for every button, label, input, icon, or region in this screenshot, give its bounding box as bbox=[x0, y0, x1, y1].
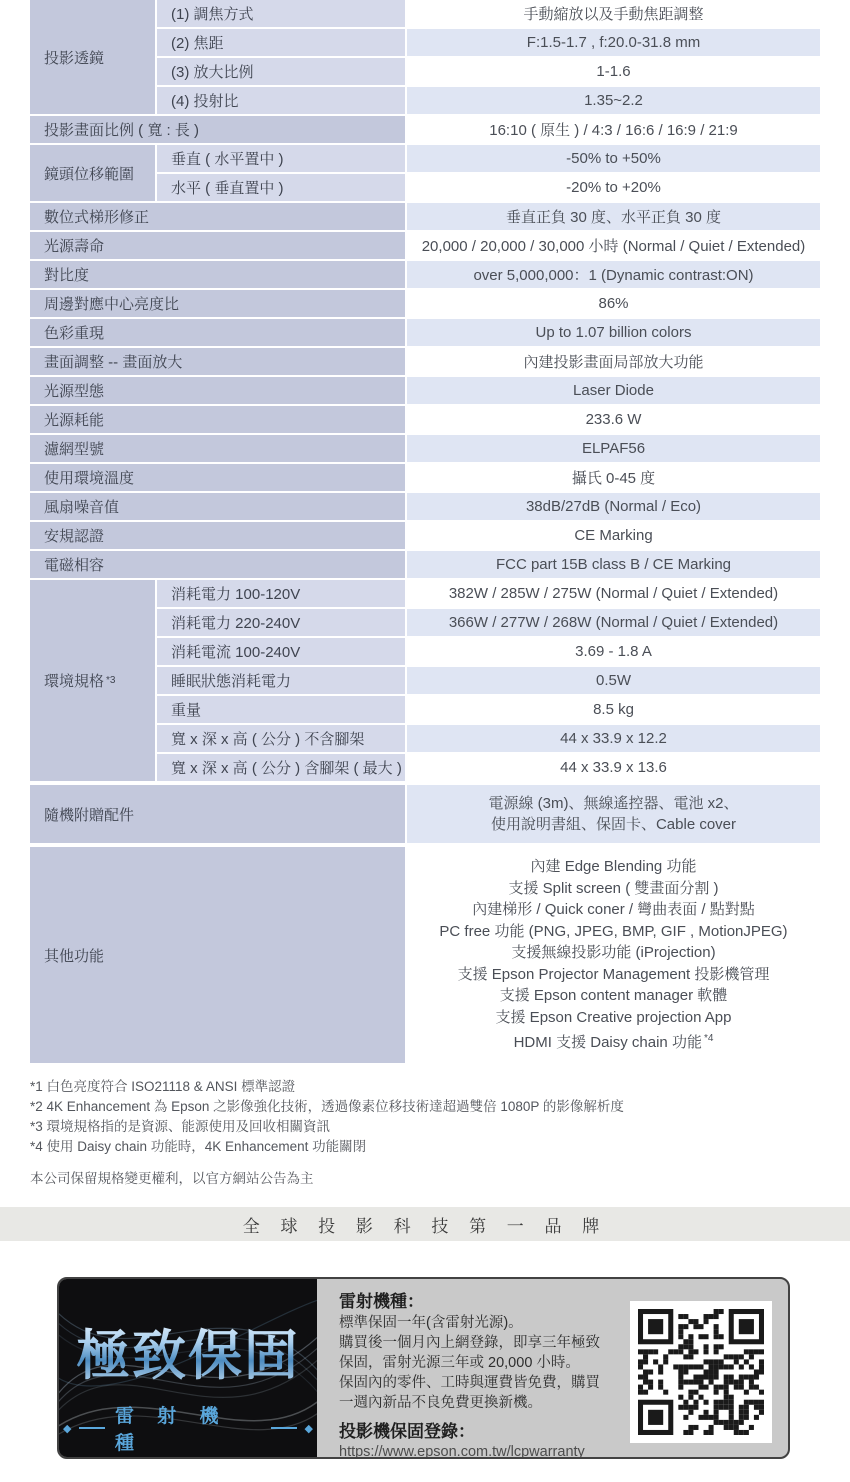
spec-row-label: 畫面調整 -- 畫面放大 bbox=[30, 348, 405, 375]
diamond-icon: ◆ bbox=[305, 1422, 313, 1435]
dash-line bbox=[79, 1427, 105, 1429]
spec-row-value: 44 x 33.9 x 13.6 bbox=[407, 754, 820, 781]
spec-row-label: 安規認證 bbox=[30, 522, 405, 549]
spec-rows: 內建投影畫面局部放大功能 bbox=[407, 348, 820, 375]
spec-row: 垂直正負 30 度、水平正負 30 度 bbox=[407, 203, 820, 230]
spec-row-value: 0.5W bbox=[407, 667, 820, 694]
spec-value-line: 內建梯形 / Quick coner / 彎曲表面 / 點對點 bbox=[472, 899, 755, 921]
spec-row-sublabel: 寬 x 深 x 高 ( 公分 ) 含腳架 ( 最大 ) bbox=[157, 754, 405, 781]
spec-section: 周邊對應中心亮度比86% bbox=[30, 290, 820, 317]
spec-row: (3) 放大比例1-1.6 bbox=[157, 58, 820, 85]
spec-row-sublabel: 寬 x 深 x 高 ( 公分 ) 不含腳架 bbox=[157, 725, 405, 752]
spec-rows: over 5,000,000：1 (Dynamic contrast:ON) bbox=[407, 261, 820, 288]
spec-row-label: 投影透鏡 bbox=[30, 0, 155, 114]
spec-row-value: 3.69 - 1.8 A bbox=[407, 638, 820, 665]
spec-row-label: 濾網型號 bbox=[30, 435, 405, 462]
spec-row-label: 數位式梯形修正 bbox=[30, 203, 405, 230]
warranty-body: 標準保固一年(含雷射光源)。購買後一個月內上網登錄，即享三年極致保固，雷射光源三… bbox=[339, 1313, 649, 1413]
spec-row: 垂直 ( 水平置中 )-50% to +50% bbox=[157, 145, 820, 172]
spec-rows: CE Marking bbox=[407, 522, 820, 549]
spec-row: 電源線 (3m)、無線遙控器、電池 x2、使用說明書組、保固卡、Cable co… bbox=[407, 785, 820, 843]
spec-rows: 電源線 (3m)、無線遙控器、電池 x2、使用說明書組、保固卡、Cable co… bbox=[407, 785, 820, 843]
spec-value-line: 支援無線投影功能 (iProjection) bbox=[511, 942, 715, 964]
warranty-body-line: 標準保固一年(含雷射光源)。 bbox=[339, 1313, 649, 1333]
spec-rows: 消耗電力 100-120V382W / 285W / 275W (Normal … bbox=[157, 580, 820, 781]
spec-section: 投影透鏡(1) 調焦方式手動縮放以及手動焦距調整(2) 焦距F:1.5-1.7 … bbox=[30, 0, 820, 114]
footnote-line: *2 4K Enhancement 為 Epson 之影像強化技術，透過像素位移… bbox=[30, 1097, 850, 1117]
spec-row-value: 內建投影畫面局部放大功能 bbox=[407, 348, 820, 375]
spec-row-value: 38dB/27dB (Normal / Eco) bbox=[407, 493, 820, 520]
spec-row-label: 光源耗能 bbox=[30, 406, 405, 433]
spec-section: 使用環境溫度攝氏 0-45 度 bbox=[30, 464, 820, 491]
spec-row: (4) 投射比1.35~2.2 bbox=[157, 87, 820, 114]
spec-row-label: 光源型態 bbox=[30, 377, 405, 404]
spec-section: 風扇噪音值38dB/27dB (Normal / Eco) bbox=[30, 493, 820, 520]
spec-row-label: 隨機附贈配件 bbox=[30, 785, 405, 843]
spec-row-value: 電源線 (3m)、無線遙控器、電池 x2、使用說明書組、保固卡、Cable co… bbox=[407, 785, 820, 843]
spec-row-sublabel: 垂直 ( 水平置中 ) bbox=[157, 145, 405, 172]
spec-change-statement: 本公司保留規格變更權利，以官方網站公告為主 bbox=[30, 1169, 850, 1189]
spec-value-line: 使用說明書組、保固卡、Cable cover bbox=[491, 814, 736, 836]
spec-row-label: 對比度 bbox=[30, 261, 405, 288]
spec-row: Laser Diode bbox=[407, 377, 820, 404]
spec-row-label: 風扇噪音值 bbox=[30, 493, 405, 520]
diamond-icon: ◆ bbox=[63, 1422, 71, 1435]
spec-rows: (1) 調焦方式手動縮放以及手動焦距調整(2) 焦距F:1.5-1.7 , f:… bbox=[157, 0, 820, 114]
warranty-text-panel: 雷射機種： 標準保固一年(含雷射光源)。購買後一個月內上網登錄，即享三年極致保固… bbox=[317, 1279, 788, 1457]
spec-section: 其他功能內建 Edge Blending 功能支援 Split screen (… bbox=[30, 847, 820, 1063]
spec-row: 38dB/27dB (Normal / Eco) bbox=[407, 493, 820, 520]
spec-row-label: 周邊對應中心亮度比 bbox=[30, 290, 405, 317]
spec-row-value: ELPAF56 bbox=[407, 435, 820, 462]
spec-row: (2) 焦距F:1.5-1.7 , f:20.0-31.8 mm bbox=[157, 29, 820, 56]
spec-row: 86% bbox=[407, 290, 820, 317]
spec-row-label: 光源壽命 bbox=[30, 232, 405, 259]
warranty-body-line: 保固，雷射光源三年或 20,000 小時。 bbox=[339, 1353, 649, 1373]
spec-row: 內建 Edge Blending 功能支援 Split screen ( 雙畫面… bbox=[407, 847, 820, 1063]
spec-row-label: 其他功能 bbox=[30, 847, 405, 1063]
spec-row: over 5,000,000：1 (Dynamic contrast:ON) bbox=[407, 261, 820, 288]
spec-row-value: Laser Diode bbox=[407, 377, 820, 404]
spec-row: 消耗電力 220-240V366W / 277W / 268W (Normal … bbox=[157, 609, 820, 636]
spec-row-value: 手動縮放以及手動焦距調整 bbox=[407, 0, 820, 27]
spec-row-value: over 5,000,000：1 (Dynamic contrast:ON) bbox=[407, 261, 820, 288]
spec-section: 環境規格*3消耗電力 100-120V382W / 285W / 275W (N… bbox=[30, 580, 820, 781]
spec-row-value: 內建 Edge Blending 功能支援 Split screen ( 雙畫面… bbox=[407, 847, 820, 1063]
spec-row: ELPAF56 bbox=[407, 435, 820, 462]
warranty-badge-subtitle: ◆ 雷 射 機 種 ◆ bbox=[59, 1401, 317, 1455]
warranty-qr-code bbox=[630, 1301, 772, 1443]
spec-row-value: 16:10 ( 原生 ) / 4:3 / 16:6 / 16:9 / 21:9 bbox=[407, 116, 820, 143]
spec-row-value: 8.5 kg bbox=[407, 696, 820, 723]
spec-value-line: 電源線 (3m)、無線遙控器、電池 x2、 bbox=[488, 793, 738, 815]
spec-row: 睡眠狀態消耗電力0.5W bbox=[157, 667, 820, 694]
spec-section: 鏡頭位移範圍垂直 ( 水平置中 )-50% to +50%水平 ( 垂直置中 )… bbox=[30, 145, 820, 201]
spec-row-value: F:1.5-1.7 , f:20.0-31.8 mm bbox=[407, 29, 820, 56]
spec-rows: ELPAF56 bbox=[407, 435, 820, 462]
spec-row-sublabel: 睡眠狀態消耗電力 bbox=[157, 667, 405, 694]
spec-row: (1) 調焦方式手動縮放以及手動焦距調整 bbox=[157, 0, 820, 27]
spec-row: FCC part 15B class B / CE Marking bbox=[407, 551, 820, 578]
spec-row: 233.6 W bbox=[407, 406, 820, 433]
spec-row-value: 攝氏 0-45 度 bbox=[407, 464, 820, 491]
spec-section: 濾網型號ELPAF56 bbox=[30, 435, 820, 462]
spec-row: 水平 ( 垂直置中 )-20% to +20% bbox=[157, 174, 820, 201]
spec-row-value: 垂直正負 30 度、水平正負 30 度 bbox=[407, 203, 820, 230]
spec-row: CE Marking bbox=[407, 522, 820, 549]
dash-line bbox=[271, 1427, 297, 1429]
spec-rows: 垂直正負 30 度、水平正負 30 度 bbox=[407, 203, 820, 230]
spec-row: 內建投影畫面局部放大功能 bbox=[407, 348, 820, 375]
spec-row-value: -50% to +50% bbox=[407, 145, 820, 172]
warranty-body-line: 保固內的零件、工時與運費皆免費，購買 bbox=[339, 1373, 649, 1393]
spec-table: 投影透鏡(1) 調焦方式手動縮放以及手動焦距調整(2) 焦距F:1.5-1.7 … bbox=[30, 0, 820, 1063]
spec-value-line: PC free 功能 (PNG, JPEG, BMP, GIF , Motion… bbox=[439, 921, 787, 943]
spec-row-label: 環境規格*3 bbox=[30, 580, 155, 781]
brand-banner-text: 全 球 投 影 科 技 第 一 品 牌 bbox=[243, 1212, 608, 1237]
spec-value-line: 支援 Epson Creative projection App bbox=[496, 1007, 732, 1029]
spec-rows: 38dB/27dB (Normal / Eco) bbox=[407, 493, 820, 520]
spec-row-label: 電磁相容 bbox=[30, 551, 405, 578]
spec-rows: 233.6 W bbox=[407, 406, 820, 433]
spec-section: 數位式梯形修正垂直正負 30 度、水平正負 30 度 bbox=[30, 203, 820, 230]
spec-sheet-page: 投影透鏡(1) 調焦方式手動縮放以及手動焦距調整(2) 焦距F:1.5-1.7 … bbox=[0, 0, 850, 1482]
spec-row-value: FCC part 15B class B / CE Marking bbox=[407, 551, 820, 578]
spec-row: 20,000 / 20,000 / 30,000 小時 (Normal / Qu… bbox=[407, 232, 820, 259]
spec-row: 消耗電力 100-120V382W / 285W / 275W (Normal … bbox=[157, 580, 820, 607]
spec-section: 投影畫面比例 ( 寬 : 長 )16:10 ( 原生 ) / 4:3 / 16:… bbox=[30, 116, 820, 143]
spec-rows: 內建 Edge Blending 功能支援 Split screen ( 雙畫面… bbox=[407, 847, 820, 1063]
spec-row-sublabel: (1) 調焦方式 bbox=[157, 0, 405, 27]
spec-row: 攝氏 0-45 度 bbox=[407, 464, 820, 491]
spec-row: 16:10 ( 原生 ) / 4:3 / 16:6 / 16:9 / 21:9 bbox=[407, 116, 820, 143]
spec-row-value: 20,000 / 20,000 / 30,000 小時 (Normal / Qu… bbox=[407, 232, 820, 259]
spec-row: Up to 1.07 billion colors bbox=[407, 319, 820, 346]
spec-value-line: HDMI 支援 Daisy chain 功能*4 bbox=[514, 1028, 714, 1054]
footnote-line: *3 環境規格指的是資源、能源使用及回收相關資訊 bbox=[30, 1117, 850, 1137]
spec-row-sublabel: (4) 投射比 bbox=[157, 87, 405, 114]
spec-row: 重量8.5 kg bbox=[157, 696, 820, 723]
spec-row-label: 投影畫面比例 ( 寬 : 長 ) bbox=[30, 116, 405, 143]
spec-rows: 攝氏 0-45 度 bbox=[407, 464, 820, 491]
spec-section: 光源耗能233.6 W bbox=[30, 406, 820, 433]
spec-section: 光源壽命20,000 / 20,000 / 30,000 小時 (Normal … bbox=[30, 232, 820, 259]
spec-row-label: 使用環境溫度 bbox=[30, 464, 405, 491]
spec-row-sublabel: (3) 放大比例 bbox=[157, 58, 405, 85]
spec-row-sublabel: 水平 ( 垂直置中 ) bbox=[157, 174, 405, 201]
spec-row-value: 233.6 W bbox=[407, 406, 820, 433]
warranty-register-url: https://www.epson.com.tw/lcpwarranty bbox=[339, 1443, 788, 1459]
spec-row-sublabel: 消耗電力 100-120V bbox=[157, 580, 405, 607]
brand-banner: 全 球 投 影 科 技 第 一 品 牌 bbox=[0, 1207, 850, 1241]
spec-row-value: 44 x 33.9 x 12.2 bbox=[407, 725, 820, 752]
spec-row: 寬 x 深 x 高 ( 公分 ) 不含腳架44 x 33.9 x 12.2 bbox=[157, 725, 820, 752]
spec-row-value: Up to 1.07 billion colors bbox=[407, 319, 820, 346]
spec-rows: 86% bbox=[407, 290, 820, 317]
footnote-line: *4 使用 Daisy chain 功能時，4K Enhancement 功能關… bbox=[30, 1137, 850, 1157]
spec-row-value: 1-1.6 bbox=[407, 58, 820, 85]
warranty-badge-panel: 極致保固 ◆ 雷 射 機 種 ◆ bbox=[59, 1279, 317, 1457]
spec-section: 電磁相容FCC part 15B class B / CE Marking bbox=[30, 551, 820, 578]
spec-rows: Laser Diode bbox=[407, 377, 820, 404]
spec-row-value: 86% bbox=[407, 290, 820, 317]
warranty-badge-title: 極致保固 bbox=[59, 1313, 317, 1390]
footnotes: *1 白色亮度符合 ISO21118 & ANSI 標準認證*2 4K Enha… bbox=[30, 1077, 850, 1157]
spec-section: 隨機附贈配件電源線 (3m)、無線遙控器、電池 x2、使用說明書組、保固卡、Ca… bbox=[30, 785, 820, 843]
spec-value-line: 支援 Epson content manager 軟體 bbox=[500, 985, 728, 1007]
spec-rows: 垂直 ( 水平置中 )-50% to +50%水平 ( 垂直置中 )-20% t… bbox=[157, 145, 820, 201]
spec-row-value: -20% to +20% bbox=[407, 174, 820, 201]
spec-row-sublabel: 消耗電力 220-240V bbox=[157, 609, 405, 636]
spec-rows: FCC part 15B class B / CE Marking bbox=[407, 551, 820, 578]
spec-section: 光源型態Laser Diode bbox=[30, 377, 820, 404]
warranty-body-line: 一週內新品不良免費更換新機。 bbox=[339, 1393, 649, 1413]
spec-row-value: 382W / 285W / 275W (Normal / Quiet / Ext… bbox=[407, 580, 820, 607]
spec-rows: 16:10 ( 原生 ) / 4:3 / 16:6 / 16:9 / 21:9 bbox=[407, 116, 820, 143]
spec-row-value: 366W / 277W / 268W (Normal / Quiet / Ext… bbox=[407, 609, 820, 636]
spec-row-sublabel: 重量 bbox=[157, 696, 405, 723]
spec-row-sublabel: 消耗電流 100-240V bbox=[157, 638, 405, 665]
spec-section: 畫面調整 -- 畫面放大內建投影畫面局部放大功能 bbox=[30, 348, 820, 375]
spec-row: 消耗電流 100-240V3.69 - 1.8 A bbox=[157, 638, 820, 665]
warranty-body-line: 購買後一個月內上網登錄，即享三年極致 bbox=[339, 1333, 649, 1353]
spec-value-line: 內建 Edge Blending 功能 bbox=[531, 856, 697, 878]
spec-row: 寬 x 深 x 高 ( 公分 ) 含腳架 ( 最大 )44 x 33.9 x 1… bbox=[157, 754, 820, 781]
footnote-line: *1 白色亮度符合 ISO21118 & ANSI 標準認證 bbox=[30, 1077, 850, 1097]
spec-row-value: CE Marking bbox=[407, 522, 820, 549]
spec-row-label: 鏡頭位移範圍 bbox=[30, 145, 155, 201]
spec-section: 安規認證CE Marking bbox=[30, 522, 820, 549]
spec-section: 色彩重現Up to 1.07 billion colors bbox=[30, 319, 820, 346]
spec-section: 對比度over 5,000,000：1 (Dynamic contrast:ON… bbox=[30, 261, 820, 288]
warranty-box: 極致保固 ◆ 雷 射 機 種 ◆ 雷射機種： 標準保固一年(含雷射光源)。購買後… bbox=[57, 1277, 790, 1459]
spec-row-value: 1.35~2.2 bbox=[407, 87, 820, 114]
spec-value-line: 支援 Epson Projector Management 投影機管理 bbox=[458, 964, 770, 986]
spec-rows: Up to 1.07 billion colors bbox=[407, 319, 820, 346]
spec-row-sublabel: (2) 焦距 bbox=[157, 29, 405, 56]
spec-row-label: 色彩重現 bbox=[30, 319, 405, 346]
spec-rows: 20,000 / 20,000 / 30,000 小時 (Normal / Qu… bbox=[407, 232, 820, 259]
spec-value-line: 支援 Split screen ( 雙畫面分割 ) bbox=[508, 878, 718, 900]
